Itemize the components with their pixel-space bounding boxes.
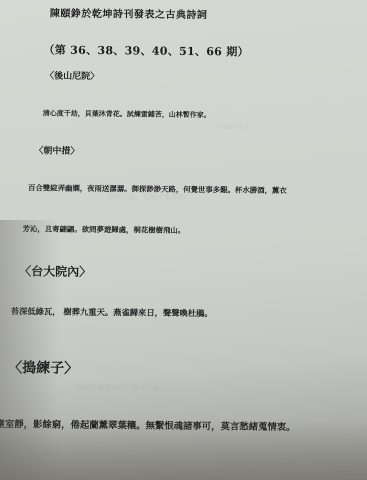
poem-line: 芳沁，且寄翩翩。欲問夢遊歸處，桐花樹樹飛山。 [23,223,186,236]
poem-heading: 〈搗練子〉 [8,357,78,378]
poem-heading: 〈台大院內〉 [19,262,91,280]
document-page: ，山林暫作家 渺渺天路，何覺世事多艱 無繫恨魂諸事可，莫言愁緒 陳頤錚於乾坤詩刊… [0,0,367,480]
poem-line: 百合雙綻弄幽嫻，夜雨送潺潺。御探渺渺天路，何覺世事多艱。杯水勝酒，薰衣 [28,182,287,196]
poem-line: 塵室靜，影餘窮，倦起蘭薰翠葉穰。無繫恨魂諸事可，莫言愁緒蒐情衷。 [0,416,296,433]
poem-heading: 〈朝中措〉 [34,143,79,156]
bleed-through-text: ，山林暫作家 [209,122,251,132]
poem-line: 苔深低綠瓦， 樹葬九重天。燕雀歸來日，聲聲喚杜鵑。 [11,305,213,319]
bleed-through-text: 無繫恨魂諸事可，莫言愁緒 [76,383,160,394]
poem-heading: 〈後山尼院〉 [45,68,99,82]
document-title: 陳頤錚於乾坤詩刊發表之古典詩詞 [50,5,208,22]
issue-numbers: （第 36、38、39、40、51、66 期） [43,41,249,59]
poem-line: 清心度千劫，貝葉沐青花。試煉雷鋪苦，山林暫作家。 [43,108,211,120]
